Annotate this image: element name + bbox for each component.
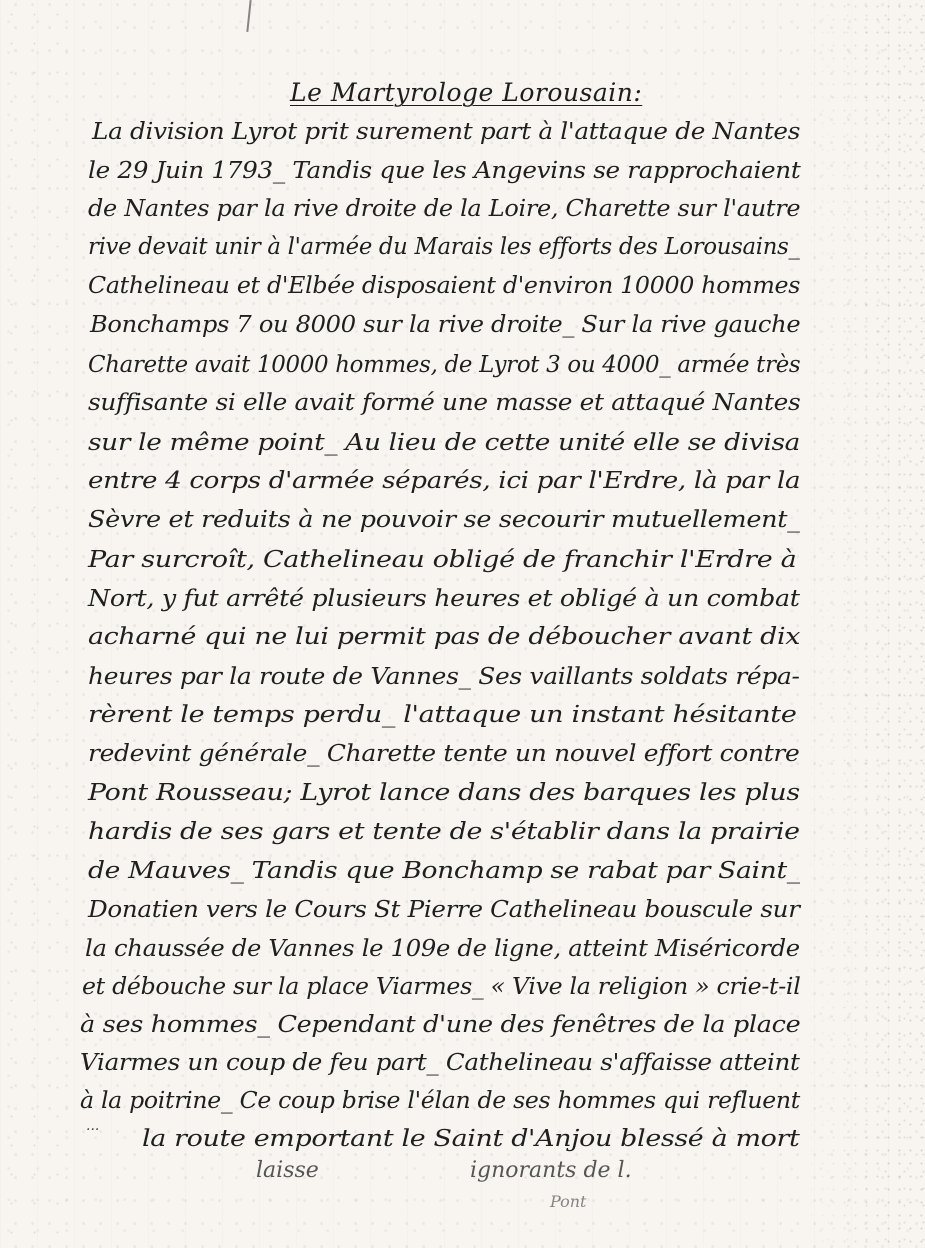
text-line: Viarmes un coup de feu part_ Cathelineau…: [80, 1048, 800, 1076]
text-line: suffisante si elle avait formé une masse…: [88, 388, 800, 416]
text-line: sur le même point_ Au lieu de cette unit…: [88, 428, 800, 456]
text-line: acharné qui ne lui permit pas de débouch…: [88, 622, 800, 650]
text-line: Cathelineau et d'Elbée disposaient d'env…: [88, 271, 800, 299]
text-line: Par surcroît, Cathelineau obligé de fran…: [88, 545, 796, 573]
text-line: rèrent le temps perdu_ l'attaque un inst…: [88, 700, 796, 728]
text-line: à ses hommes_ Cependant d'une des fenêtr…: [80, 1010, 800, 1038]
text-line: rive devait unir à l'armée du Marais les…: [88, 232, 800, 260]
text-line: Charette avait 10000 hommes, de Lyrot 3 …: [88, 350, 800, 378]
scan-noise-right: [795, 0, 925, 1248]
text-line: de Nantes par la rive droite de la Loire…: [88, 194, 800, 222]
text-line: entre 4 corps d'armée séparés, ici par l…: [88, 466, 800, 494]
text-line: Pont Rousseau; Lyrot lance dans des barq…: [88, 778, 800, 806]
text-line: Donatien vers le Cours St Pierre Catheli…: [88, 895, 800, 923]
text-line: La division Lyrot prit surement part à l…: [92, 117, 800, 145]
text-line: de Mauves_ Tandis que Bonchamp se rabat …: [88, 856, 800, 884]
text-line: la route emportant le Saint d'Anjou bles…: [142, 1124, 799, 1152]
partial-word-fragment: laisse: [256, 1158, 319, 1183]
text-line: Nort, y fut arrêté plusieurs heures et o…: [88, 584, 800, 612]
text-line: et débouche sur la place Viarmes_ « Vive…: [82, 972, 800, 1000]
left-margin-mark: ...: [86, 1118, 99, 1134]
text-line: Sèvre et reduits à ne pouvoir se secouri…: [88, 505, 800, 533]
partial-phrase-fragment: ignorants de l.: [470, 1158, 632, 1183]
text-line: Bonchamps 7 ou 8000 sur la rive droite_ …: [90, 310, 800, 338]
text-line: la chaussée de Vannes le 109e de ligne, …: [85, 934, 800, 962]
text-line: hardis de ses gars et tente de s'établir…: [88, 817, 800, 845]
text-line: redevint générale_ Charette tente un nou…: [88, 739, 799, 767]
text-line: heures par la route de Vannes_ Ses vaill…: [88, 662, 800, 690]
text-line: à la poitrine_ Ce coup brise l'élan de s…: [80, 1086, 800, 1114]
document-title: Le Martyrologe Lorousain:: [290, 78, 670, 107]
text-line: le 29 Juin 1793_ Tandis que les Angevins…: [88, 156, 800, 184]
partial-word-fragment: Pont: [550, 1192, 586, 1211]
scan-noise-left: [0, 0, 70, 1248]
